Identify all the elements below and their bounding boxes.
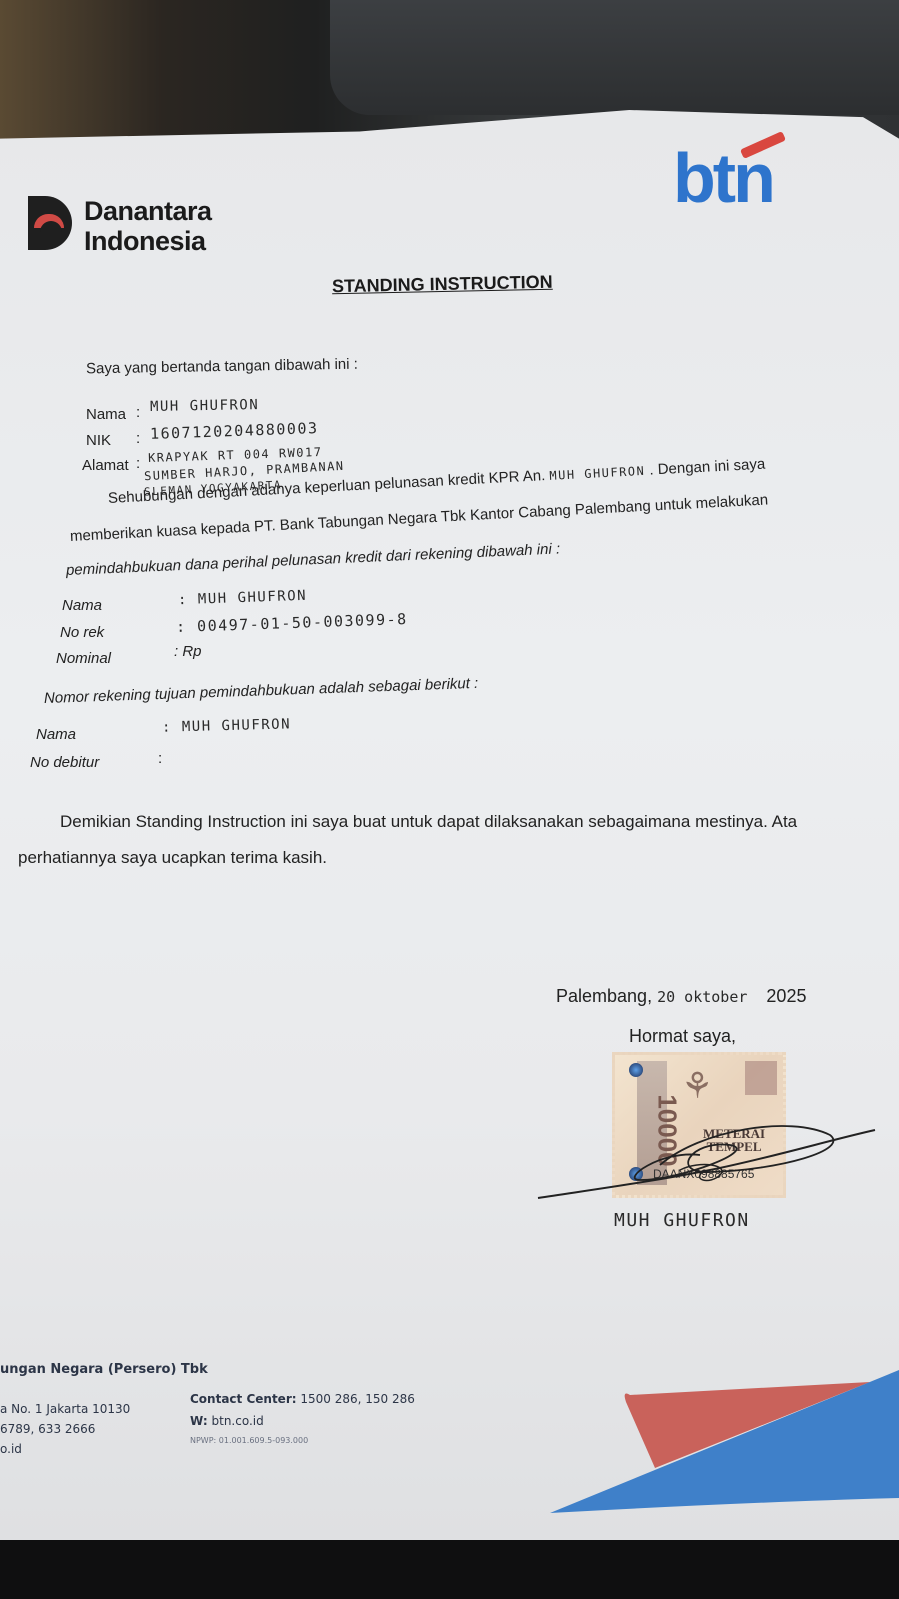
footer-contact: Contact Center: 1500 286, 150 286 xyxy=(190,1392,415,1406)
hologram-icon xyxy=(629,1063,643,1077)
signature-greeting: Hormat saya, xyxy=(629,1026,736,1047)
label-dest-nama: Nama xyxy=(36,726,76,743)
footer-web-partial: o.id xyxy=(0,1442,22,1456)
web-value[interactable]: btn.co.id xyxy=(212,1414,264,1428)
danantara-logo-text: Danantara Indonesia xyxy=(84,196,212,256)
contact-value: 1500 286, 150 286 xyxy=(300,1392,415,1406)
label-alamat: Alamat xyxy=(82,457,129,474)
label-nominal: Nominal xyxy=(56,650,111,667)
footer-address: a No. 1 Jakarta 10130 xyxy=(0,1402,130,1416)
signature-place-date: Palembang, 20 oktober 2025 xyxy=(556,986,806,1007)
destination-name-value: MUH GHUFRON xyxy=(182,716,292,735)
signature-place: Palembang, xyxy=(556,986,652,1006)
signature-year: 2025 xyxy=(766,986,806,1006)
label-nama: Nama xyxy=(86,406,126,423)
footer-company: ungan Negara (Persero) Tbk xyxy=(0,1362,208,1377)
closing-line1: Demikian Standing Instruction ini saya b… xyxy=(60,812,797,832)
garuda-emblem-icon: ⚘ xyxy=(681,1065,713,1107)
label-no-rek: No rek xyxy=(60,624,104,641)
footer-decoration xyxy=(450,1320,899,1560)
nominal-value: Rp xyxy=(182,643,201,660)
signature-date: 20 oktober xyxy=(657,988,747,1006)
source-nominal: : Rp xyxy=(174,643,202,660)
signer-name: MUH GHUFRON xyxy=(150,397,259,415)
footer-npwp: NPWP: 01.001.609.5-093.000 xyxy=(190,1436,308,1445)
signer-printed-name: MUH GHUFRON xyxy=(614,1210,750,1231)
label-no-debitur: No debitur xyxy=(30,754,99,771)
footer-web: W: btn.co.id xyxy=(190,1414,264,1428)
destination-name: : MUH GHUFRON xyxy=(162,716,291,735)
handwritten-signature xyxy=(530,1110,890,1220)
contact-label: Contact Center: xyxy=(190,1392,297,1406)
label-source-nama: Nama xyxy=(62,597,102,614)
closing-line2: perhatiannya saya ucapkan terima kasih. xyxy=(18,848,327,868)
footer-phone: 6789, 633 2666 xyxy=(0,1422,95,1436)
logo-line2: Indonesia xyxy=(84,226,212,256)
logo-line1: Danantara xyxy=(84,196,212,226)
label-nik: NIK xyxy=(86,432,111,449)
background-object xyxy=(330,0,899,115)
web-label: W: xyxy=(190,1414,208,1428)
